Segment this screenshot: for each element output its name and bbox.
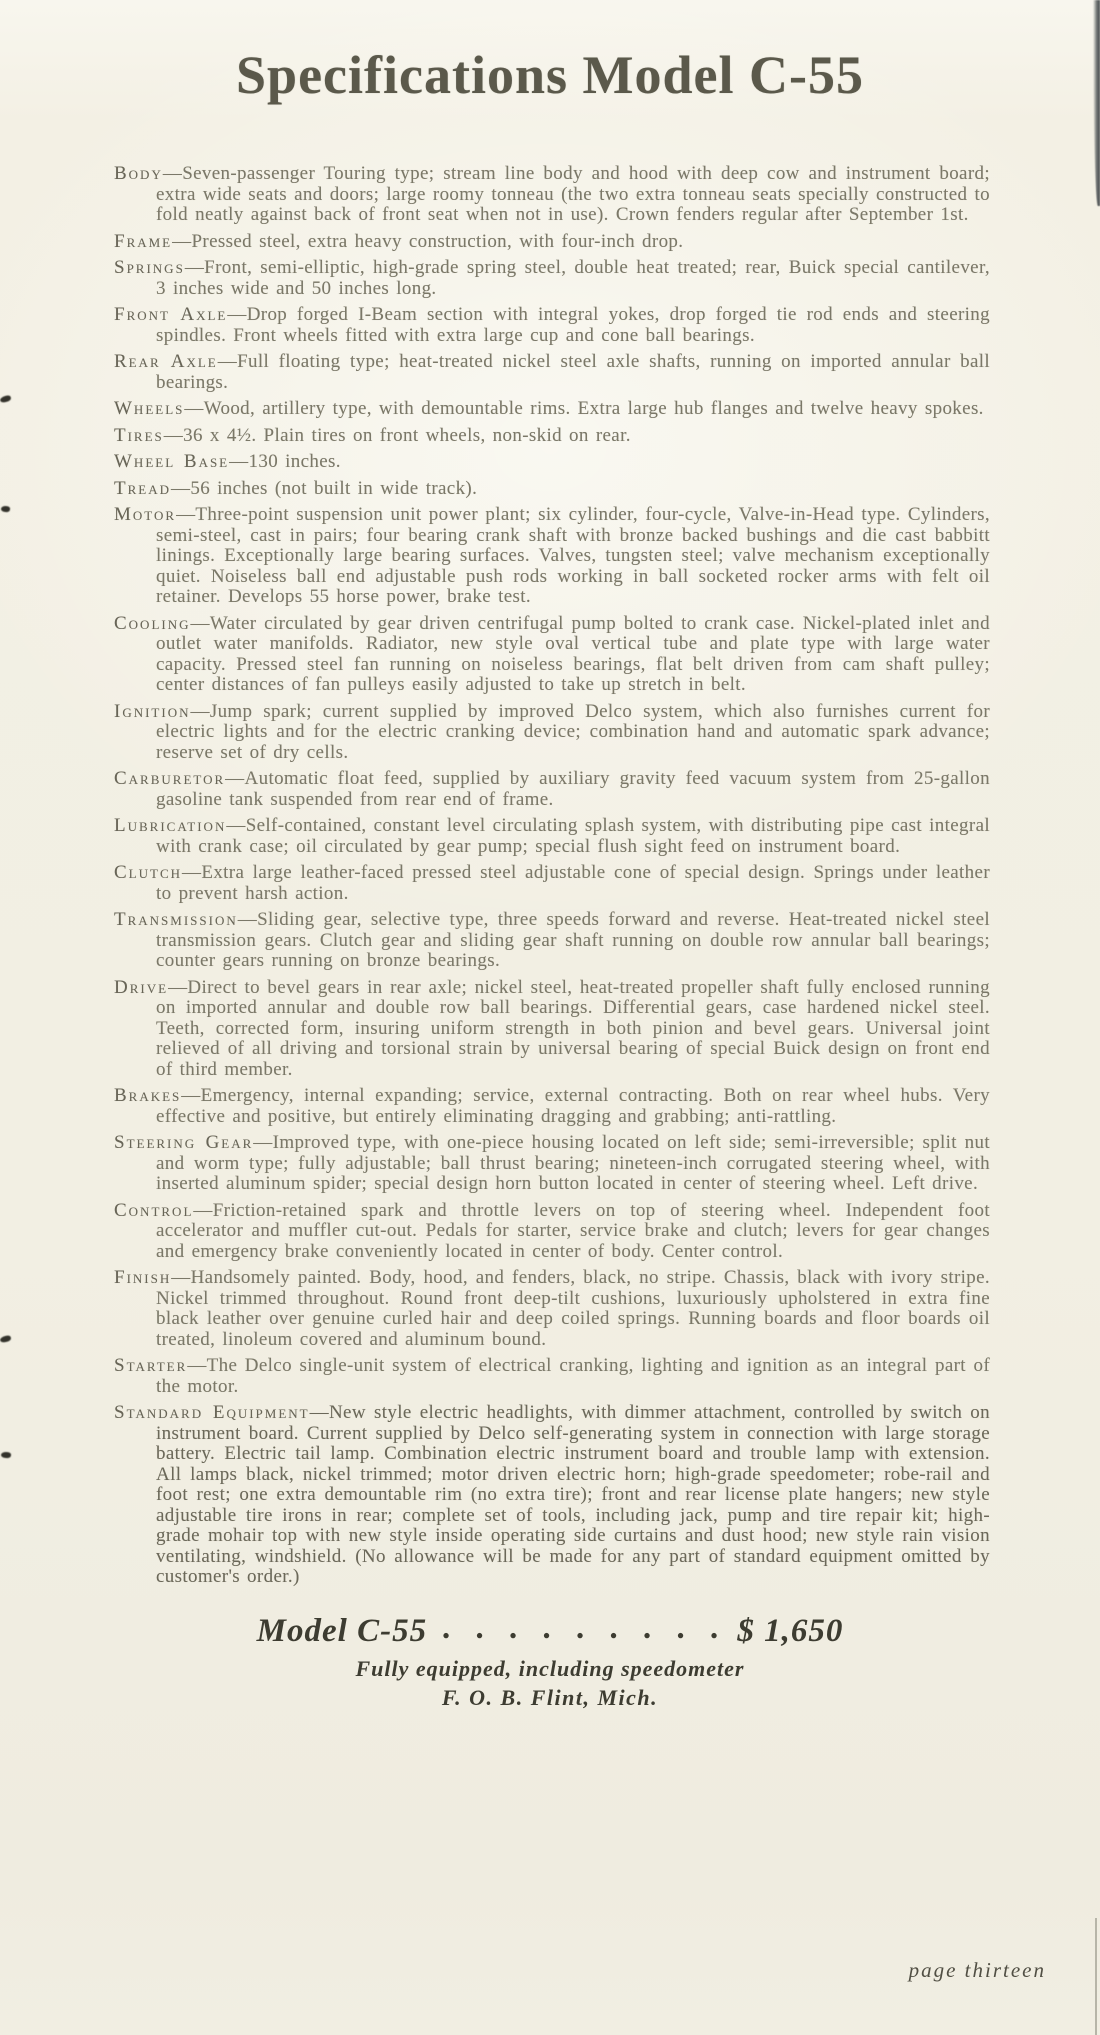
spec-entry-transmission: Transmission—Sliding gear, selective typ… [114,910,990,972]
spec-term: Tread [114,478,171,499]
spec-term: Starter [114,1355,187,1376]
spec-term: Wheels [114,398,184,419]
spec-text: —56 inches (not built in wide track). [171,478,477,499]
spec-entry-standard-equipment: Standard Equipment—New style electric he… [114,1403,990,1588]
page-edge-shadow [1093,0,1100,206]
spec-text: —Front, semi-elliptic, high-grade spring… [156,257,990,299]
spec-text: —Emergency, internal expanding; service,… [156,1085,990,1127]
price-model: Model C-55 [257,1613,427,1649]
price-block: Model C-55. . . . . . . . .$ 1,650 Fully… [0,1612,1100,1711]
spec-entry-lubrication: Lubrication—Self-contained, constant lev… [114,816,990,857]
spec-entry-wheel-base: Wheel Base—130 inches. [114,452,990,473]
scanned-spec-page: { "colors": { "paper": "#f2efe4", "body_… [0,0,1100,2035]
binding-mark [1,505,11,512]
spec-term: Brakes [114,1085,181,1106]
binding-mark [0,1335,12,1343]
spec-term: Front Axle [114,304,227,325]
spec-term: Springs [114,257,185,278]
spec-term: Control [114,1200,193,1221]
spec-text: —Wood, artillery type, with demountable … [184,398,983,419]
spec-text: —36 x 4½. Plain tires on front wheels, n… [164,425,631,446]
spec-text: —Seven-passenger Touring type; stream li… [156,163,990,225]
spec-entry-clutch: Clutch—Extra large leather-faced pressed… [114,863,990,904]
spec-term: Ignition [114,701,190,722]
spec-text: —Water circulated by gear driven centrif… [156,613,990,696]
spec-text: —Jump spark; current supplied by improve… [156,701,990,763]
spec-list: Body—Seven-passenger Touring type; strea… [114,164,990,1594]
spec-entry-wheels: Wheels—Wood, artillery type, with demoun… [114,399,990,420]
spec-text: —Drop forged I-Beam section with integra… [156,304,990,346]
spec-entry-ignition: Ignition—Jump spark; current supplied by… [114,702,990,764]
spec-text: —Sliding gear, selective type, three spe… [156,909,990,971]
spec-term: Body [114,163,163,184]
spec-entry-body: Body—Seven-passenger Touring type; strea… [114,164,990,226]
spec-term: Wheel Base [114,451,229,472]
spec-text: —Automatic float feed, supplied by auxil… [156,768,990,810]
spec-entry-cooling: Cooling—Water circulated by gear driven … [114,614,990,696]
spec-term: Drive [114,977,168,998]
spec-term: Rear Axle [114,351,218,372]
spec-text: —Full floating type; heat-treated nickel… [156,351,990,393]
spec-entry-drive: Drive—Direct to bevel gears in rear axle… [114,978,990,1081]
spec-entry-control: Control—Friction-retained spark and thro… [114,1201,990,1263]
price-line: Model C-55. . . . . . . . .$ 1,650 [0,1612,1100,1650]
spec-term: Steering Gear [114,1132,253,1153]
spec-entry-motor: Motor—Three-point suspension unit power … [114,505,990,608]
spec-text: —Self-contained, constant level circulat… [156,815,990,857]
spec-text: —Friction-retained spark and throttle le… [156,1200,990,1262]
spec-entry-front-axle: Front Axle—Drop forged I-Beam section wi… [114,305,990,346]
spec-term: Finish [114,1267,171,1288]
price-dot-leaders: . . . . . . . . . [427,1609,737,1647]
spec-text: —Three-point suspension unit power plant… [156,504,990,607]
spec-term: Carburetor [114,768,225,789]
spec-entry-tires: Tires—36 x 4½. Plain tires on front whee… [114,426,990,447]
spec-term: Tires [114,425,164,446]
page-edge-line [1095,1918,1097,2035]
spec-entry-tread: Tread—56 inches (not built in wide track… [114,479,990,500]
spec-text: —Improved type, with one-piece housing l… [156,1132,990,1194]
spec-term: Frame [114,231,172,252]
spec-text: —The Delco single-unit system of electri… [156,1355,990,1397]
price-amount: $ 1,650 [737,1613,843,1649]
spec-text: —Extra large leather-faced pressed steel… [156,862,990,904]
spec-entry-frame: Frame—Pressed steel, extra heavy constru… [114,232,990,253]
spec-text: —Handsomely painted. Body, hood, and fen… [156,1267,990,1350]
spec-term: Clutch [114,862,182,883]
spec-entry-brakes: Brakes—Emergency, internal expanding; se… [114,1086,990,1127]
spec-term: Lubrication [114,815,226,836]
spec-text: —Pressed steel, extra heavy construction… [172,231,683,252]
spec-entry-rear-axle: Rear Axle—Full floating type; heat-treat… [114,352,990,393]
spec-text: —Direct to bevel gears in rear axle; nic… [156,977,990,1080]
price-equipped-note: Fully equipped, including speedometer [0,1655,1100,1682]
spec-term: Standard Equipment [114,1402,310,1423]
binding-mark [0,395,12,403]
spec-term: Transmission [114,909,238,930]
spec-entry-carburetor: Carburetor—Automatic float feed, supplie… [114,769,990,810]
spec-term: Motor [114,504,176,525]
spec-entry-finish: Finish—Handsomely painted. Body, hood, a… [114,1268,990,1350]
binding-mark [1,1451,12,1458]
spec-entry-steering-gear: Steering Gear—Improved type, with one-pi… [114,1133,990,1195]
spec-entry-springs: Springs—Front, semi-elliptic, high-grade… [114,258,990,299]
spec-text: —130 inches. [229,451,341,472]
price-fob-note: F. O. B. Flint, Mich. [0,1684,1100,1711]
spec-term: Cooling [114,613,191,634]
spec-text: —New style electric headlights, with dim… [156,1402,990,1587]
page-number: page thirteen [909,1958,1100,2035]
page-title: Specifications Model C-55 [0,46,1100,104]
spec-entry-starter: Starter—The Delco single-unit system of … [114,1356,990,1397]
